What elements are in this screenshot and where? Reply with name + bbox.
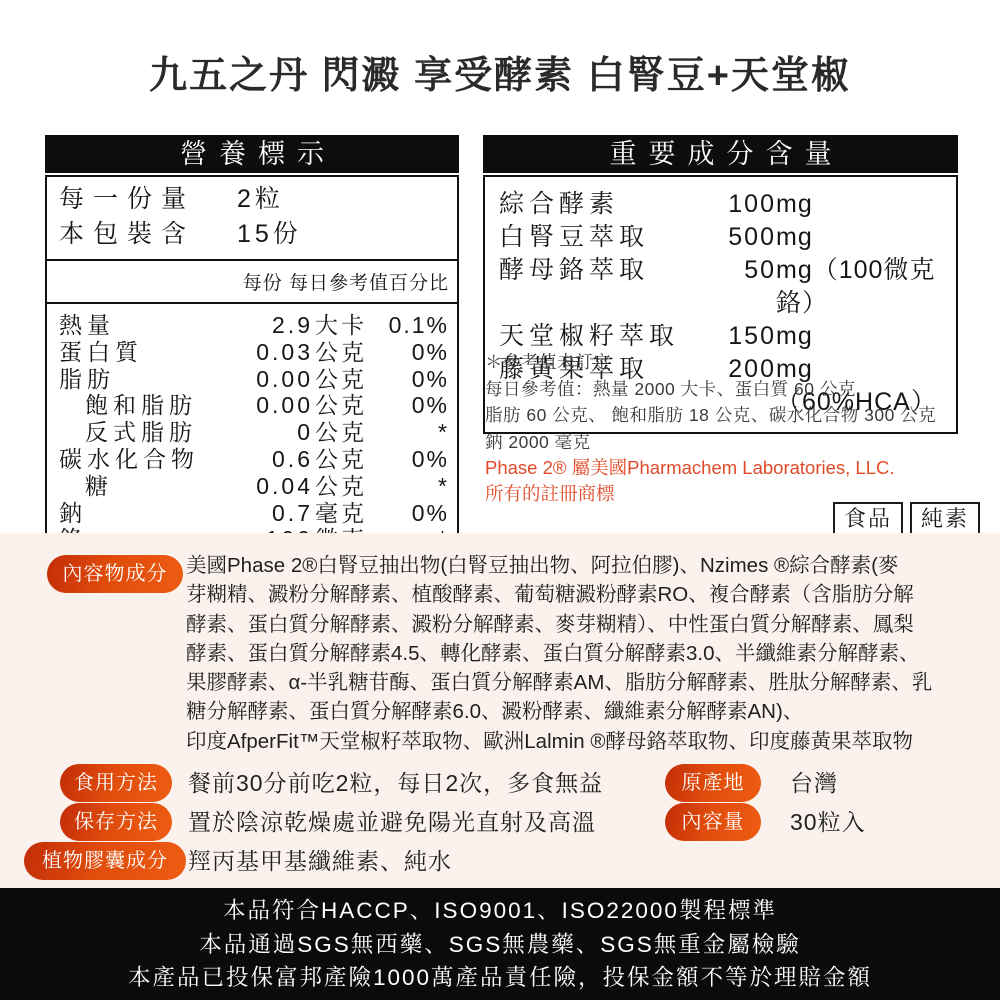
ingredient-unit: mg — [776, 188, 813, 221]
food-badge: 食品 — [833, 502, 903, 535]
contents-ingredients-text: 美國Phase 2®白腎豆抽出物(白腎豆抽出物、阿拉伯膠)、Nzimes ®綜合… — [186, 551, 986, 756]
table-row-white-kidney-bean: 白腎豆萃取 500 mg — [499, 221, 944, 254]
nutrient-amount: 0.04 — [113, 473, 313, 500]
nutrition-facts-box: 營養標示 每一份量 2粒 本包裝含 15份 每份 每日參考值百分比 熱量 2.9… — [45, 135, 459, 565]
nutrient-unit: 毫克 — [313, 500, 377, 527]
nutrient-dv: * — [377, 419, 449, 446]
nutrient-dv: 0% — [377, 392, 449, 419]
footer-line-standards: 本品符合HACCP、ISO9001、ISO22000製程標準 — [0, 894, 1000, 928]
serving-size-value: 2粒 — [237, 182, 284, 217]
origin-pill-label: 原產地 — [665, 764, 761, 802]
contents-pill-label: 內容物成分 — [47, 555, 183, 593]
storage-text: 置於陰涼乾燥處並避免陽光直射及高溫 — [188, 803, 596, 841]
capsule-text: 羥丙基甲基纖維素、純水 — [188, 842, 452, 880]
nutrient-name: 蛋白質 — [59, 339, 143, 366]
origin-value: 台灣 — [790, 764, 838, 802]
footer-line-insurance: 本產品已投保富邦產險1000萬產品責任險，投保金額不等於理賠金額 — [0, 961, 1000, 995]
badge-group: 食品 純素 — [833, 502, 980, 535]
table-row-enzyme-blend: 綜合酵素 100 mg — [499, 188, 944, 221]
serving-size-row: 每一份量 2粒 — [59, 182, 447, 217]
nutrient-amount: 0.03 — [143, 339, 313, 366]
table-row-calories: 熱量 2.9 大卡 0.1% — [59, 312, 449, 339]
storage-pill-label: 保存方法 — [60, 803, 172, 841]
nutrient-unit: 公克 — [313, 339, 377, 366]
nutrient-name: 碳水化合物 — [59, 446, 199, 473]
ingredient-unit: mg — [776, 221, 813, 254]
nutrient-name: 熱量 — [59, 312, 115, 339]
table-row-sodium: 鈉 0.7 毫克 0% — [59, 500, 449, 527]
servings-per-pack-value: 15份 — [237, 217, 302, 252]
nutrient-amount: 0.00 — [197, 392, 313, 419]
nutrient-unit: 公克 — [313, 446, 377, 473]
ingredient-amount: 50 — [714, 254, 776, 320]
table-row-carbohydrate: 碳水化合物 0.6 公克 0% — [59, 446, 449, 473]
table-row-saturated-fat: 飽和脂肪 0.00 公克 0% — [59, 392, 449, 419]
nutrient-amount: 0.7 — [87, 500, 313, 527]
nutrient-unit: 公克 — [313, 366, 377, 393]
nutrient-dv: 0.1% — [377, 312, 449, 339]
serving-section: 每一份量 2粒 本包裝含 15份 — [45, 175, 459, 261]
footer-line-sgs-tests: 本品通過SGS無西藥、SGS無農藥、SGS無重金屬檢驗 — [0, 928, 1000, 962]
nutrient-table: 熱量 2.9 大卡 0.1% 蛋白質 0.03 公克 0% 脂肪 0.00 公克… — [45, 304, 459, 565]
nutrient-unit: 公克 — [313, 473, 377, 500]
ingredient-name: 綜合酵素 — [499, 188, 714, 221]
reference-value-notes: ＊參考值未訂定 每日參考值：熱量 2000 大卡、蛋白質 60 公克 脂肪 60… — [485, 349, 975, 455]
usage-text: 餐前30分前吃2粒，每日2次，多食無益 — [188, 764, 603, 802]
nutrient-amount: 0.00 — [115, 366, 313, 393]
nutrition-facts-header: 營養標示 — [45, 135, 459, 173]
nutrient-name: 反式脂肪 — [59, 419, 197, 446]
amount-value: 30粒入 — [790, 803, 866, 841]
table-row-protein: 蛋白質 0.03 公克 0% — [59, 339, 449, 366]
per-serving-header: 每份 每日參考值百分比 — [45, 261, 459, 304]
nutrient-dv: 0% — [377, 446, 449, 473]
nutrient-amount: 2.9 — [115, 312, 313, 339]
table-row-trans-fat: 反式脂肪 0 公克 * — [59, 419, 449, 446]
ingredient-amount: 100 — [714, 188, 776, 221]
vegan-badge: 純素 — [910, 502, 980, 535]
nutrient-dv: 0% — [377, 500, 449, 527]
capsule-pill-label: 植物膠囊成分 — [24, 842, 186, 880]
servings-per-pack-label: 本包裝含 — [59, 217, 237, 252]
amount-pill-label: 內容量 — [665, 803, 761, 841]
nutrient-name: 飽和脂肪 — [59, 392, 197, 419]
nutrient-amount: 0.6 — [199, 446, 313, 473]
table-row-fat: 脂肪 0.00 公克 0% — [59, 366, 449, 393]
ingredient-amount: 500 — [714, 221, 776, 254]
serving-size-label: 每一份量 — [59, 182, 237, 217]
table-row-sugar: 糖 0.04 公克 * — [59, 473, 449, 500]
trademark-notice: Phase 2® 屬美國Pharmachem Laboratories, LLC… — [485, 455, 975, 507]
servings-per-pack-row: 本包裝含 15份 — [59, 217, 447, 252]
nutrient-unit: 大卡 — [313, 312, 377, 339]
nutrient-amount: 0 — [197, 419, 313, 446]
product-label-page: 九五之丹 閃澱 享受酵素 白腎豆+天堂椒 營養標示 每一份量 2粒 本包裝含 1… — [0, 0, 1000, 1000]
page-title: 九五之丹 閃澱 享受酵素 白腎豆+天堂椒 — [0, 44, 1000, 99]
certification-footer: 本品符合HACCP、ISO9001、ISO22000製程標準 本品通過SGS無西… — [0, 888, 1000, 1000]
nutrient-name: 鈉 — [59, 500, 87, 527]
table-row-chromium-yeast: 酵母鉻萃取 50 mg（100微克鉻） — [499, 254, 944, 320]
ingredient-name: 白腎豆萃取 — [499, 221, 714, 254]
nutrient-unit: 公克 — [313, 392, 377, 419]
nutrient-name: 糖 — [59, 473, 113, 500]
nutrient-dv: 0% — [377, 366, 449, 393]
nutrient-unit: 公克 — [313, 419, 377, 446]
nutrient-dv: * — [377, 473, 449, 500]
key-ingredients-header: 重要成分含量 — [483, 135, 958, 173]
ingredient-unit: mg（100微克鉻） — [776, 254, 944, 320]
nutrient-name: 脂肪 — [59, 366, 115, 393]
nutrient-dv: 0% — [377, 339, 449, 366]
usage-pill-label: 食用方法 — [60, 764, 172, 802]
ingredient-name: 酵母鉻萃取 — [499, 254, 714, 320]
